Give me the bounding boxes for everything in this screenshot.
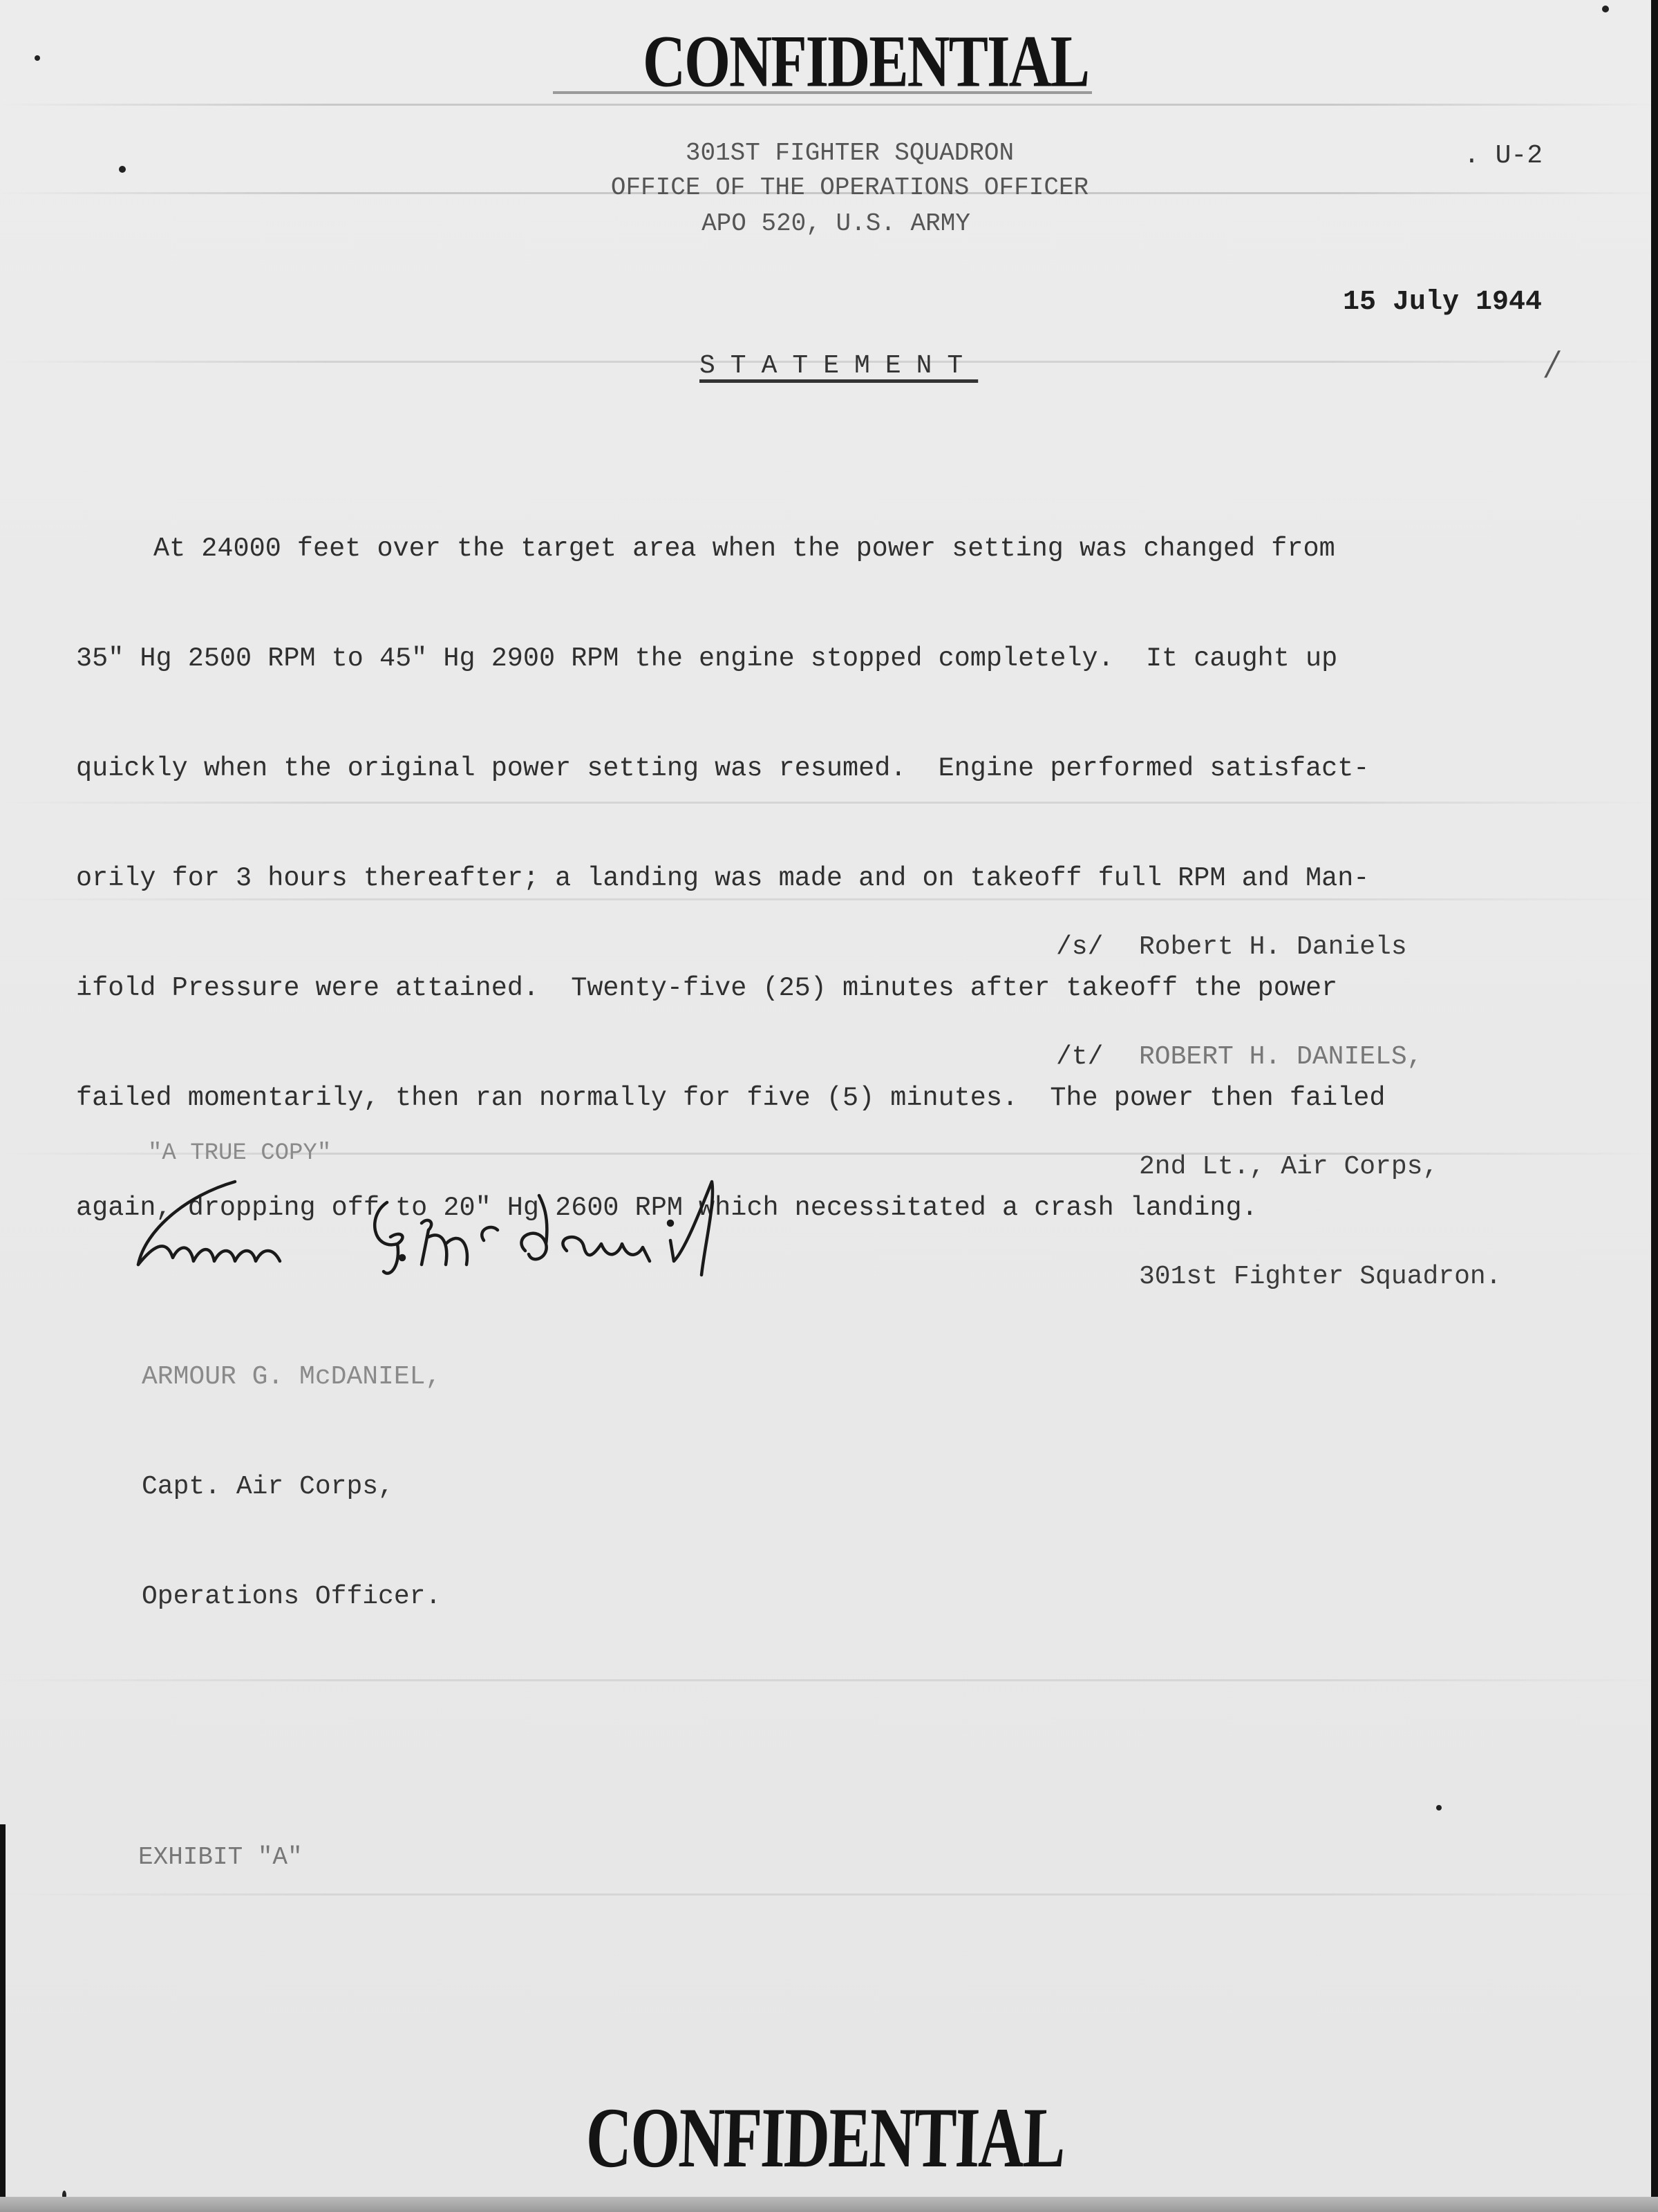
film-border-right	[1651, 0, 1658, 2212]
signer-unit: 301st Fighter Squadron.	[1139, 1262, 1502, 1292]
document-page: CONFIDENTIAL 301ST FIGHTER SQUADRON OFFI…	[0, 0, 1658, 2212]
signer-rank: 2nd Lt., Air Corps,	[1139, 1152, 1438, 1182]
officer-rank: Capt. Air Corps,	[142, 1468, 441, 1505]
statement-signature-block: /s/Robert H. Daniels /t/ROBERT H. DANIEL…	[1056, 856, 1502, 1368]
paper-ruling	[0, 1893, 1658, 1896]
typed-name: ROBERT H. DANIELS,	[1139, 1042, 1422, 1072]
film-speck	[119, 166, 126, 173]
body-line: quickly when the original power setting …	[76, 750, 1612, 787]
officer-title: Operations Officer.	[142, 1578, 441, 1615]
true-copy-label: "A TRUE COPY"	[148, 1140, 331, 1166]
signed-mark: /s/	[1056, 929, 1139, 965]
signed-name: Robert H. Daniels	[1139, 932, 1407, 962]
letterhead-office: OFFICE OF THE OPERATIONS OFFICER	[0, 170, 1658, 206]
typed-mark: /t/	[1056, 1039, 1139, 1075]
handwritten-signature-icon	[124, 1175, 802, 1278]
film-speck	[1436, 1805, 1442, 1811]
film-border-bottom	[0, 2197, 1658, 2212]
film-speck	[1602, 6, 1609, 12]
document-date: 15 July 1944	[1343, 285, 1542, 321]
classification-stamp-bottom: CONFIDENTIAL	[585, 2088, 1065, 2186]
margin-tick-mark: /	[1547, 346, 1558, 381]
exhibit-label: EXHIBIT "A"	[138, 1840, 303, 1875]
letterhead-unit: 301ST FIGHTER SQUADRON	[0, 135, 1658, 171]
body-line: At 24000 feet over the target area when …	[153, 531, 1612, 567]
document-title: STATEMENT	[699, 351, 978, 381]
reference-mark: . U-2	[1464, 138, 1543, 174]
certifying-officer-block: ARMOUR G. McDANIEL, Capt. Air Corps, Ope…	[142, 1285, 441, 1688]
body-line: 35" Hg 2500 RPM to 45" Hg 2900 RPM the e…	[76, 641, 1612, 677]
film-border-left	[0, 1824, 6, 2211]
officer-typed-name: ARMOUR G. McDANIEL,	[142, 1359, 441, 1395]
stamp-underline	[553, 91, 1092, 94]
film-speck	[35, 55, 40, 61]
letterhead-address: APO 520, U.S. ARMY	[0, 206, 1658, 242]
